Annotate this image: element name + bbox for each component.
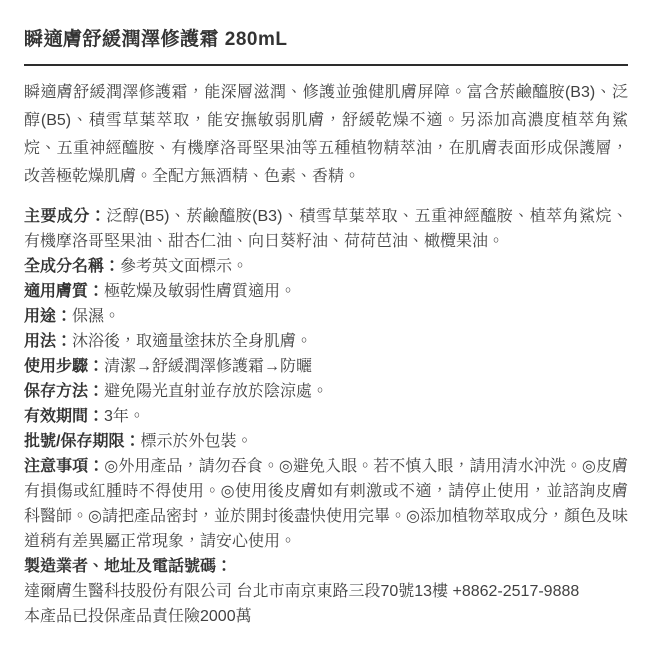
skin-type-label: 適用膚質： — [24, 283, 104, 300]
storage-value: 避免陽光直射並存放於陰涼處。 — [104, 383, 328, 400]
batch-number-value: 標示於外包裝。 — [140, 433, 252, 450]
full-ingredients-label: 全成分名稱： — [24, 258, 120, 275]
skin-type-value: 極乾燥及敏弱性膚質適用。 — [104, 283, 296, 300]
manufacturer-heading-label: 製造業者、地址及電話號碼： — [24, 558, 232, 575]
product-description: 瞬適膚舒緩潤澤修護霜，能深層滋潤、修護並強健肌膚屏障。富含菸鹼醯胺(B3)、泛醇… — [24, 79, 628, 191]
batch-number-row: 批號/保存期限：標示於外包裝。 — [24, 429, 628, 454]
batch-number-label: 批號/保存期限： — [24, 433, 140, 450]
insurance-note: 本產品已投保產品責任險2000萬 — [24, 604, 628, 629]
usage-steps-row: 使用步驟：清潔→舒緩潤澤修護霜→防曬 — [24, 354, 628, 379]
usage-row: 用法：沐浴後，取適量塗抹於全身肌膚。 — [24, 329, 628, 354]
shelf-life-label: 有效期間： — [24, 408, 104, 425]
main-ingredients-value: 泛醇(B5)、菸鹼醯胺(B3)、積雪草葉萃取、五重神經醯胺、植萃角鯊烷、有機摩洛… — [24, 208, 628, 250]
manufacturer-info: 達爾膚生醫科技股份有限公司 台北市南京東路三段70號13樓 +8862-2517… — [24, 579, 628, 604]
spec-list: 主要成分：泛醇(B5)、菸鹼醯胺(B3)、積雪草葉萃取、五重神經醯胺、植萃角鯊烷… — [24, 204, 628, 629]
product-volume: 280mL — [225, 29, 288, 50]
main-ingredients-label: 主要成分： — [24, 208, 106, 225]
product-name: 瞬適膚舒緩潤澤修護霜 — [24, 29, 219, 50]
purpose-row: 用途：保濕。 — [24, 304, 628, 329]
product-label-document: 瞬適膚舒緩潤澤修護霜 280mL 瞬適膚舒緩潤澤修護霜，能深層滋潤、修護並強健肌… — [0, 0, 650, 650]
shelf-life-value: 3年。 — [104, 408, 145, 425]
main-ingredients-row: 主要成分：泛醇(B5)、菸鹼醯胺(B3)、積雪草葉萃取、五重神經醯胺、植萃角鯊烷… — [24, 204, 628, 254]
title-divider — [24, 64, 628, 66]
usage-label: 用法： — [24, 333, 72, 350]
usage-value: 沐浴後，取適量塗抹於全身肌膚。 — [72, 333, 312, 350]
storage-row: 保存方法：避免陽光直射並存放於陰涼處。 — [24, 379, 628, 404]
page-title: 瞬適膚舒緩潤澤修護霜 280mL — [24, 27, 628, 53]
purpose-value: 保濕。 — [72, 308, 120, 325]
purpose-label: 用途： — [24, 308, 72, 325]
precautions-label: 注意事項： — [24, 458, 104, 475]
precautions-row: 注意事項：◎外用產品，請勿吞食。◎避免入眼。若不慎入眼，請用清水沖洗。◎皮膚有損… — [24, 454, 628, 554]
shelf-life-row: 有效期間：3年。 — [24, 404, 628, 429]
skin-type-row: 適用膚質：極乾燥及敏弱性膚質適用。 — [24, 279, 628, 304]
full-ingredients-row: 全成分名稱：參考英文面標示。 — [24, 254, 628, 279]
usage-steps-value: 清潔→舒緩潤澤修護霜→防曬 — [104, 358, 312, 375]
storage-label: 保存方法： — [24, 383, 104, 400]
precautions-value: ◎外用產品，請勿吞食。◎避免入眼。若不慎入眼，請用清水沖洗。◎皮膚有損傷或紅腫時… — [24, 458, 628, 550]
full-ingredients-value: 參考英文面標示。 — [120, 258, 248, 275]
usage-steps-label: 使用步驟： — [24, 358, 104, 375]
manufacturer-heading-row: 製造業者、地址及電話號碼： — [24, 554, 628, 579]
